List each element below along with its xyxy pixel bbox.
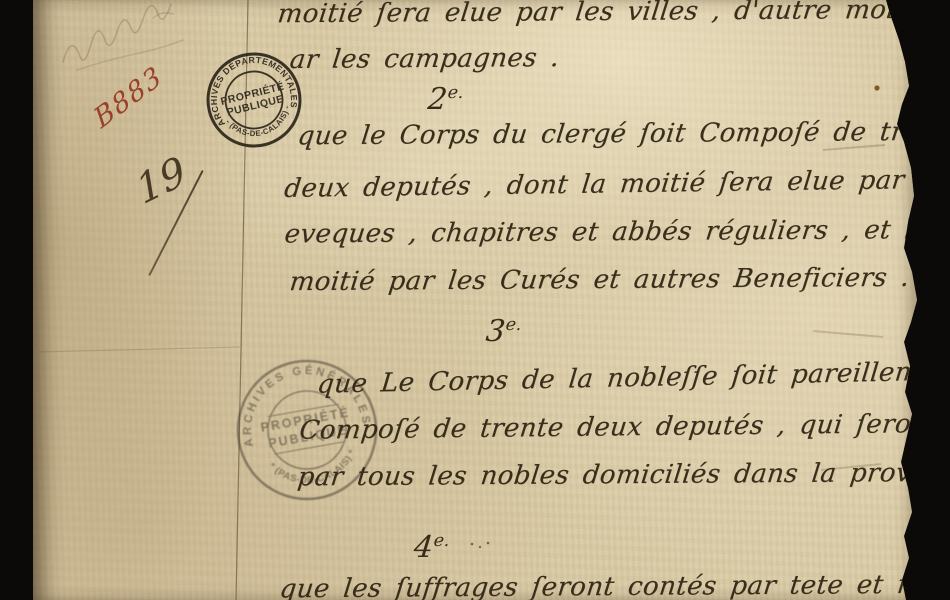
page-marks-layer: ARCHIVES DÉPARTEMENTALES - (PAS-DE-CALAI… bbox=[33, 0, 919, 600]
manuscript-line-6: moitié par les Curés et autres Beneficie… bbox=[288, 263, 911, 297]
heading-number: 2 bbox=[426, 82, 449, 117]
manuscript-line-10: que les ſuffrages ſeront contés par tete… bbox=[278, 570, 949, 600]
manuscript-line-3: que le Corps du clergé ſoit Compoſé de t… bbox=[296, 117, 950, 152]
manuscript-line-5: eveques , chapitres et abbés réguliers ,… bbox=[283, 215, 950, 250]
article-heading-3e: 3e. bbox=[484, 314, 523, 349]
ink-speck bbox=[874, 85, 879, 90]
faint-pencil-inscription bbox=[63, 4, 183, 70]
heading-ordinal: e. bbox=[505, 315, 523, 335]
heading-number: 3 bbox=[484, 314, 507, 349]
heading-ordinal: e. bbox=[433, 531, 451, 551]
manuscript-line-9: par tous les nobles domiciliés dans la p… bbox=[296, 458, 950, 493]
manuscript-line-2: ar les campagnes . bbox=[288, 43, 561, 75]
ink-dots bbox=[471, 542, 490, 549]
article-heading-2e: 2e. bbox=[426, 82, 465, 117]
archival-scan: ARCHIVES DÉPARTEMENTALES - (PAS-DE-CALAI… bbox=[0, 0, 950, 600]
manuscript-line-1: moitié ſera elue par les villes , d'autr… bbox=[276, 0, 932, 29]
article-heading-4e: 4e. bbox=[412, 530, 451, 565]
heading-ordinal: e. bbox=[447, 83, 465, 103]
heading-number: 4 bbox=[412, 530, 435, 565]
manuscript-page: ARCHIVES DÉPARTEMENTALES - (PAS-DE-CALAI… bbox=[33, 0, 919, 600]
